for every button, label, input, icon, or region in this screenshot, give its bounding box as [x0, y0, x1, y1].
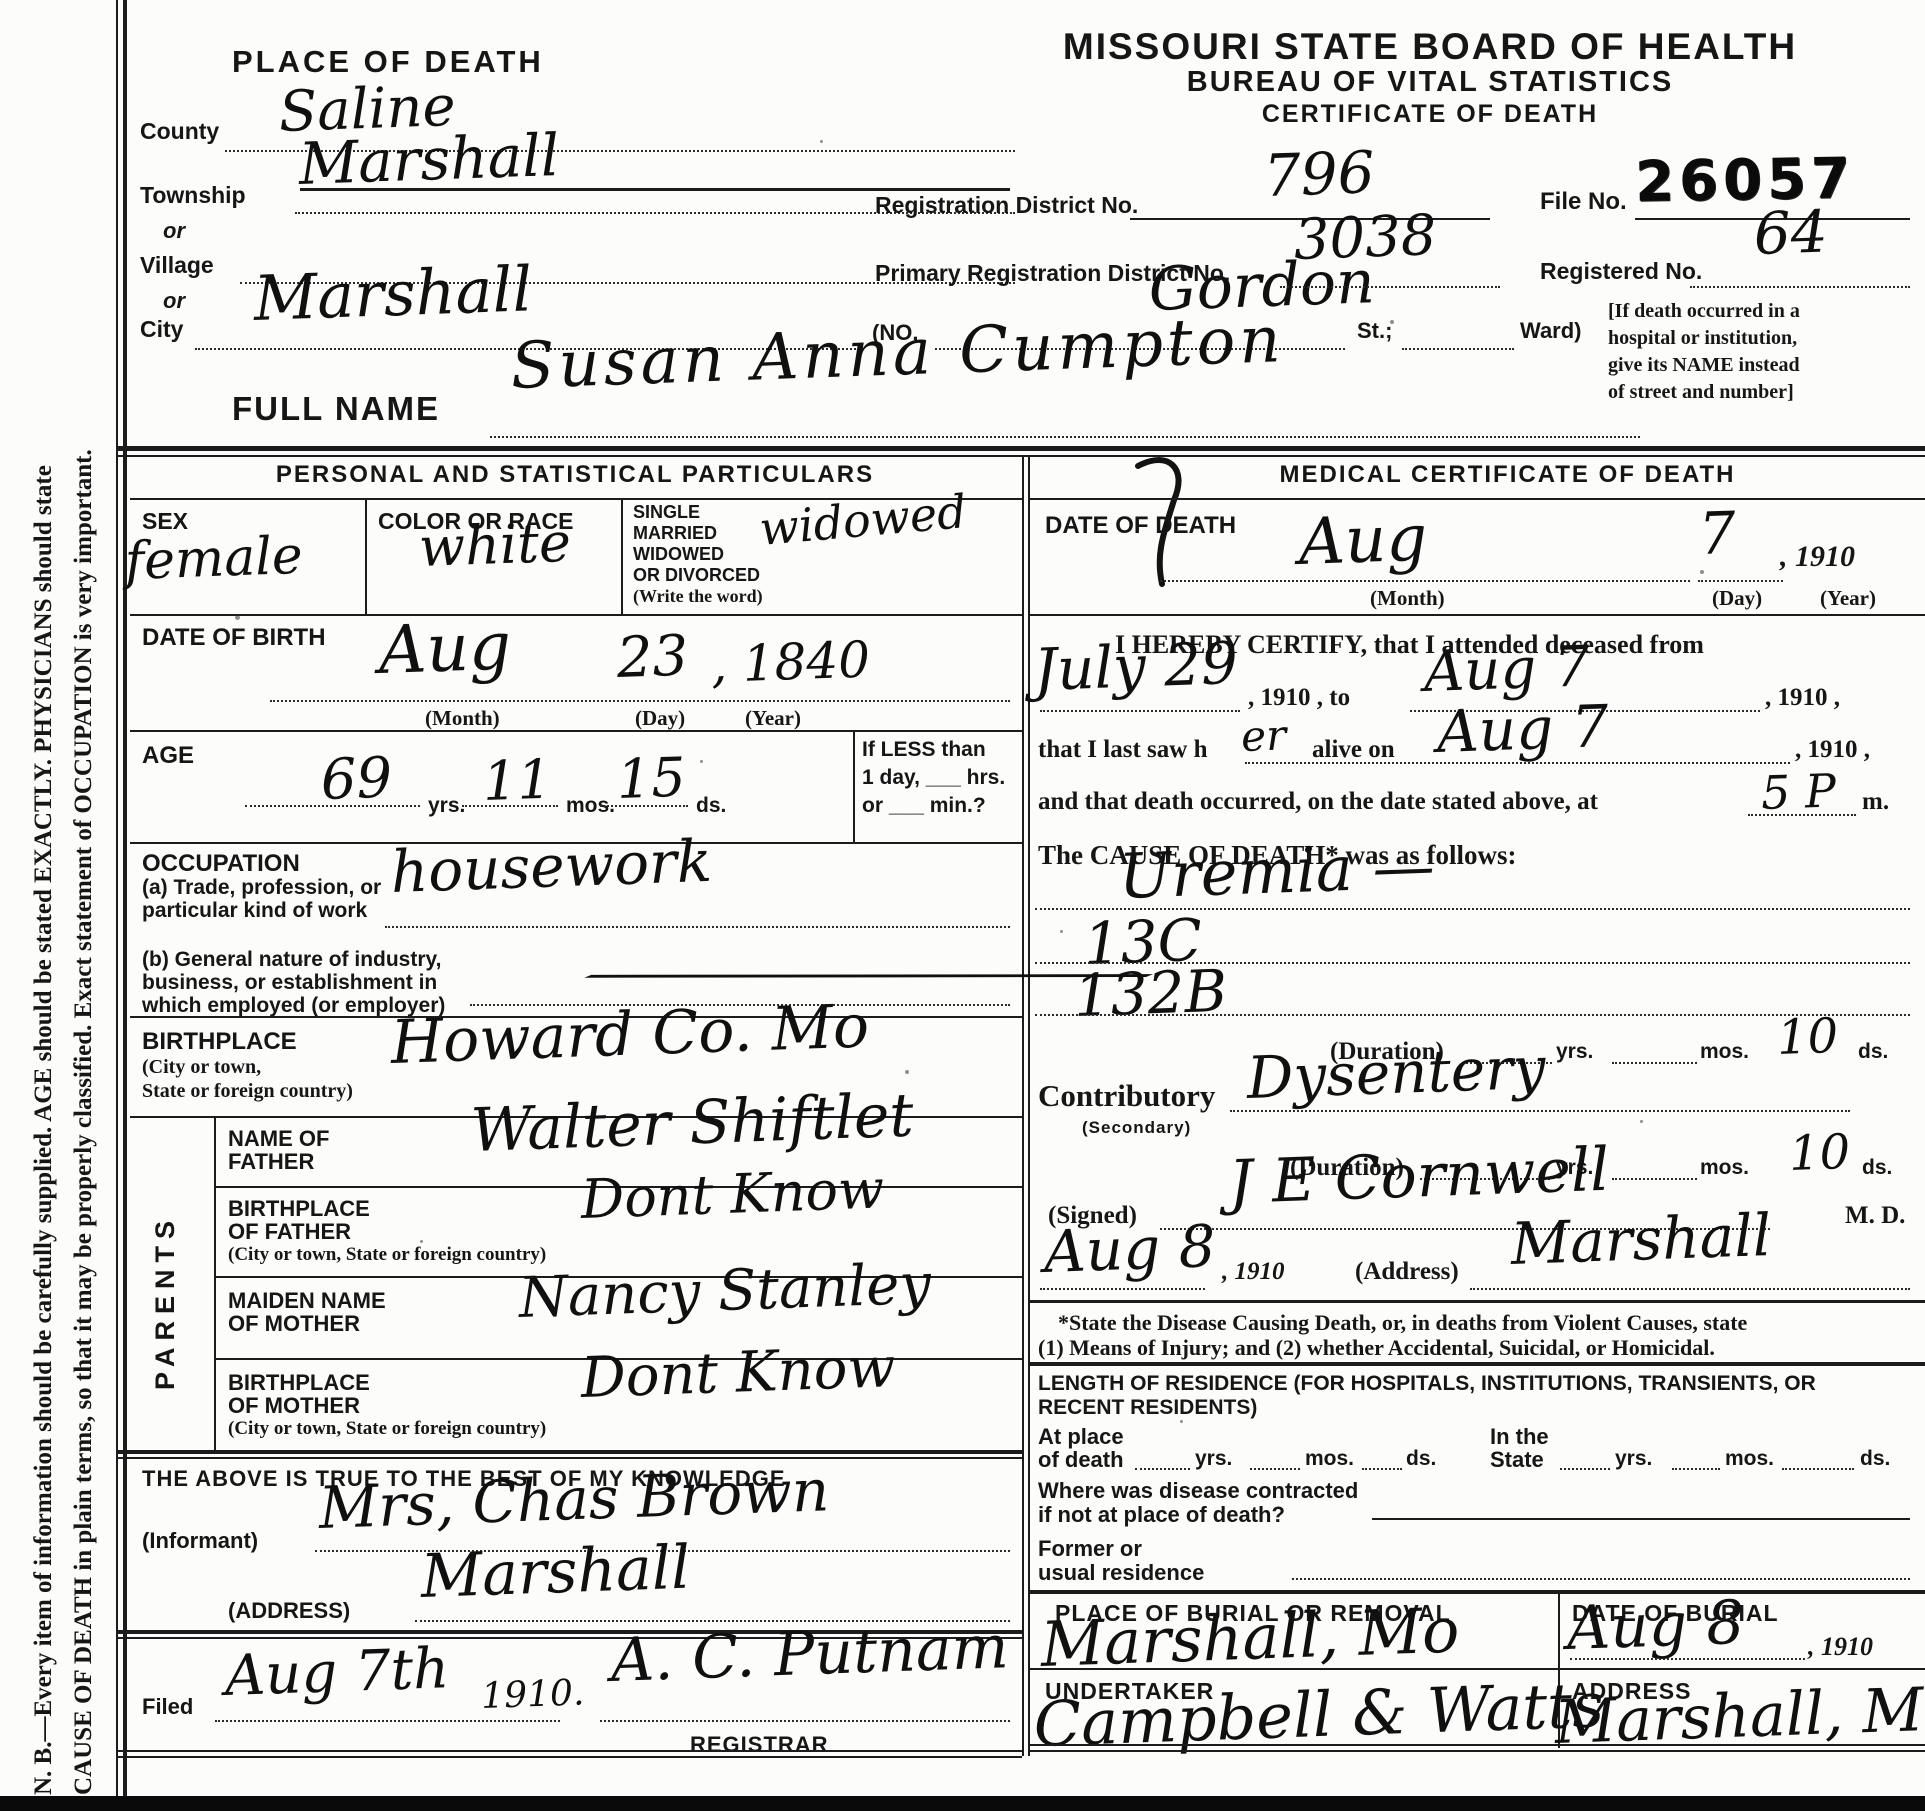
residence-section-rule [1030, 1590, 1925, 1594]
duration-1-mos-label: mos. [1700, 1040, 1749, 1064]
contributory-value: Dysentery [1246, 1034, 1547, 1112]
contracted-label-1: Where was disease contracted [1038, 1478, 1358, 1504]
father-birthplace-value: Dont Know [580, 1157, 885, 1231]
burial-date-year: , 1910 [1808, 1632, 1873, 1662]
scan-speck [1390, 320, 1394, 324]
board-title: MISSOURI STATE BOARD OF HEALTH [955, 26, 1905, 68]
registered-no-value: 64 [1753, 197, 1829, 268]
undertaker-row-rule-1 [1030, 1744, 1925, 1746]
sex-race-divider [365, 498, 367, 614]
marital-label-line-3: WIDOWED [633, 544, 763, 565]
marital-label: SINGLE MARRIED WIDOWED OR DIVORCED (Writ… [633, 502, 763, 607]
in-state-mos-blank [1672, 1468, 1720, 1470]
saw-date-line [1245, 762, 1790, 764]
ward-label: Ward) [1520, 318, 1582, 344]
birthplace-label: BIRTHPLACE [142, 1028, 297, 1056]
sex-value: female [124, 526, 304, 592]
signed-date-value: Aug 8 [1043, 1212, 1217, 1286]
less-than-box-border [853, 730, 855, 842]
signed-row-rule [1030, 1300, 1925, 1303]
filed-blank-line [215, 1720, 560, 1722]
physician-signature: J E Cornwell [1228, 1135, 1611, 1218]
dob-month-caption: (Month) [425, 706, 500, 731]
township-value: Marshall [298, 121, 561, 198]
duration-2-ds-label: ds. [1862, 1156, 1892, 1180]
age-yrs-blank [245, 805, 420, 807]
death-year-caption: (Year) [1820, 586, 1876, 611]
medical-title-rule [1030, 498, 1925, 500]
footnote-rule [1030, 1362, 1925, 1366]
age-ds-blank [600, 805, 688, 807]
death-year-value: , 1910 [1780, 540, 1855, 574]
ward-blank-line [1402, 348, 1514, 350]
left-border-outer [116, 0, 118, 1811]
death-day-value: 7 [1698, 499, 1737, 568]
at-place-yrs-blank [1135, 1468, 1190, 1470]
primary-registration-value: 3038 [1293, 203, 1438, 273]
certificate-title: CERTIFICATE OF DEATH [955, 100, 1905, 129]
in-state-yrs-blank [1560, 1468, 1610, 1470]
less-than-line-3: or ___ min.? [862, 792, 1005, 820]
marital-label-line-2: MARRIED [633, 523, 763, 544]
in-state-ds-blank [1782, 1468, 1854, 1470]
st-label: St.; [1357, 318, 1392, 344]
dob-blank-line [270, 700, 1010, 702]
death-month-value: Aug [1297, 502, 1428, 580]
age-label: AGE [142, 742, 194, 770]
scan-speck [540, 470, 543, 473]
registration-district-label: Registration District No. [875, 192, 1138, 219]
age-months-value: 11 [482, 748, 553, 813]
less-than-note: If LESS than 1 day, ___ hrs. or ___ min.… [862, 736, 1005, 820]
mother-birthplace-sub: (City or town, State or foreign country) [228, 1418, 546, 1440]
signed-date-line [1040, 1288, 1205, 1290]
md-label: M. D. [1845, 1202, 1905, 1230]
certify-to-suffix: , 1910 , [1765, 684, 1840, 712]
duration-1-ds-label: ds. [1858, 1040, 1888, 1064]
father-name-value: Walter Shiftlet [470, 1081, 915, 1166]
death-time-suffix: m. [1862, 788, 1889, 816]
death-date-row-rule [1030, 614, 1925, 616]
duration-2-mos-blank [1612, 1178, 1697, 1180]
cause-line-1-value: Uremia — [1117, 829, 1435, 913]
father-birthplace-sub: (City or town, State or foreign country) [228, 1244, 546, 1266]
dob-year-caption: (Year) [745, 706, 801, 731]
saw-prefix: that I last saw h [1038, 736, 1207, 764]
secondary-label: (Secondary) [1082, 1118, 1191, 1138]
death-time-value: 5 P [1760, 763, 1837, 820]
registrar-signature-line [600, 1720, 1010, 1722]
death-day-caption: (Day) [1712, 586, 1762, 611]
certify-from-value: July 29 [1033, 629, 1239, 704]
contributory-line [1230, 1110, 1850, 1112]
parents-label: PARENTS [150, 1214, 181, 1390]
saw-date-value: Aug 7 [1436, 692, 1610, 766]
dob-row-rule [130, 730, 1022, 732]
date-of-death-label: DATE OF DEATH [1045, 512, 1236, 540]
duration-1-days-value: 10 [1776, 1008, 1839, 1066]
mother-birthplace-label-2: OF MOTHER [228, 1393, 360, 1419]
mother-name-label-2: OF MOTHER [228, 1311, 360, 1337]
undertaker-row-rule-2 [1030, 1750, 1925, 1752]
marital-label-line-5: (Write the word) [633, 586, 763, 607]
burial-date-line [1570, 1658, 1805, 1660]
hospital-note: [If death occurred in a hospital or inst… [1608, 298, 1908, 406]
hospital-note-line-2: hospital or institution, [1608, 325, 1908, 352]
place-of-death-heading: PLACE OF DEATH [232, 44, 544, 80]
county-label: County [140, 118, 219, 145]
race-marital-divider [621, 498, 623, 614]
contributory-label: Contributory [1038, 1078, 1215, 1114]
bureau-title: BUREAU OF VITAL STATISTICS [955, 66, 1905, 99]
age-yrs-label: yrs. [428, 794, 465, 818]
header-divider-heavy [116, 446, 1925, 451]
full-name-label: FULL NAME [232, 390, 440, 428]
left-border-inner [123, 0, 127, 1811]
former-residence-blank-line [1292, 1578, 1910, 1580]
parents-block-rule-heavy [116, 1450, 1022, 1454]
burial-row-rule [1030, 1668, 1925, 1670]
occupation-b-label-2: business, or establishment in [142, 971, 437, 995]
at-place-ds-label: ds. [1406, 1447, 1436, 1471]
saw-suffix: , 1910 , [1795, 736, 1870, 764]
marital-label-line-4: OR DIVORCED [633, 565, 763, 586]
occupation-a-label-1: (a) Trade, profession, or [142, 876, 381, 900]
dob-year-value: , 1840 [710, 630, 871, 694]
registrar-signature: A. C. Putnam [610, 1612, 1010, 1696]
marital-value: widowed [757, 484, 968, 556]
column-divider-inner [1028, 455, 1030, 1756]
at-place-yrs-label: yrs. [1195, 1447, 1232, 1471]
village-label: Village [140, 252, 214, 279]
filed-row-rule-2 [116, 1756, 1022, 1758]
primary-registration-label: Primary Registration District No. [875, 260, 1230, 287]
marital-label-line-1: SINGLE [633, 502, 763, 523]
mother-name-value: Nancy Stanley [518, 1252, 932, 1331]
scan-speck [700, 760, 703, 763]
registered-no-label: Registered No. [1540, 258, 1702, 285]
occupation-a-value: housework [390, 827, 713, 906]
signed-year-value: , 1910 [1222, 1258, 1285, 1286]
margin-line-1: N. B.—Every item of information should b… [24, 15, 64, 1795]
duration-2-days-value: 10 [1788, 1124, 1851, 1182]
scan-speck [300, 960, 303, 963]
at-place-label-2: of death [1038, 1447, 1124, 1473]
scan-speck [235, 615, 240, 620]
scan-speck [1700, 570, 1704, 574]
in-state-label-2: State [1490, 1447, 1544, 1473]
father-birthplace-label-2: OF FATHER [228, 1219, 351, 1245]
filed-year-value: 1910. [481, 1672, 585, 1717]
former-residence-label-1: Former or [1038, 1536, 1142, 1562]
scan-speck [1180, 1420, 1183, 1423]
saw-er-value: er [1240, 710, 1287, 761]
township-strikethrough [300, 188, 1010, 191]
scan-speck [820, 140, 823, 143]
or-label-1: or [163, 218, 185, 244]
hospital-note-line-3: give its NAME instead [1608, 352, 1908, 379]
informant-address-value: Marshall [420, 1533, 692, 1612]
saw-mid: alive on [1312, 736, 1395, 764]
age-mos-blank [462, 805, 558, 807]
city-value: Marshall [252, 252, 533, 335]
scan-speck [1060, 930, 1063, 933]
duration-1-yrs-label: yrs. [1556, 1040, 1593, 1064]
cause-line-3-value: 132B [1073, 957, 1229, 1030]
death-occurred-prefix: and that death occurred, on the date sta… [1038, 788, 1598, 816]
scan-speck [905, 1070, 909, 1074]
at-place-ds-blank [1362, 1468, 1402, 1470]
registered-no-line [1690, 286, 1910, 288]
bottom-scan-bar [0, 1796, 1925, 1811]
at-place-mos-label: mos. [1305, 1447, 1354, 1471]
footnote-line-2: (1) Means of Injury; and (2) whether Acc… [1038, 1335, 1715, 1361]
filed-date-value: Aug 7th [224, 1636, 450, 1709]
duration-2-mos-label: mos. [1700, 1156, 1749, 1180]
dob-label: DATE OF BIRTH [142, 624, 326, 652]
death-time-line [1748, 814, 1856, 816]
age-days-value: 15 [616, 746, 687, 811]
hospital-note-line-1: [If death occurred in a [1608, 298, 1908, 325]
filed-label: Filed [142, 1694, 193, 1720]
informant-label: (Informant) [142, 1528, 258, 1554]
parents-strip-border [214, 1116, 216, 1452]
contracted-label-2: if not at place of death? [1038, 1502, 1285, 1528]
occupation-a-line [385, 926, 1010, 928]
or-label-2: or [163, 288, 185, 314]
race-value: white [418, 511, 572, 579]
registrar-label: REGISTRAR [690, 1732, 829, 1758]
occupation-label: OCCUPATION [142, 850, 300, 878]
burial-date-value: Aug 8 [1566, 1588, 1746, 1664]
scan-speck [1640, 1120, 1643, 1123]
column-divider-outer [1022, 455, 1024, 1756]
dob-month-value: Aug [377, 607, 512, 689]
death-certificate-document: N. B.—Every item of information should b… [0, 0, 1925, 1811]
medical-section-title: MEDICAL CERTIFICATE OF DEATH [1090, 461, 1925, 489]
less-than-line-2: 1 day, ___ hrs. [862, 764, 1005, 792]
township-label: Township [140, 182, 246, 209]
occupation-b-label-1: (b) General nature of industry, [142, 948, 441, 972]
primary-registration-line [1280, 286, 1500, 288]
birthplace-sub-2: State or foreign country) [142, 1080, 353, 1103]
filed-row-rule-1 [116, 1750, 1022, 1752]
less-than-line-1: If LESS than [862, 736, 1005, 764]
certify-from-line [1040, 710, 1240, 712]
footnote-line-1: *State the Disease Causing Death, or, in… [1058, 1310, 1747, 1336]
informant-address-label: (ADDRESS) [228, 1598, 350, 1624]
parents-block-rule-thin [116, 1457, 1022, 1459]
personal-section-title: PERSONAL AND STATISTICAL PARTICULARS [130, 461, 1020, 489]
death-month-caption: (Month) [1370, 586, 1445, 611]
registration-district-value: 796 [1263, 138, 1376, 210]
header-divider-thin [116, 455, 1925, 457]
city-label: City [140, 316, 183, 343]
dob-day-caption: (Day) [635, 706, 685, 731]
margin-line-2: CAUSE OF DEATH in plain terms, so that i… [64, 15, 104, 1795]
file-no-label: File No. [1540, 188, 1627, 216]
death-day-line [1698, 580, 1783, 582]
sex-row-rule [130, 614, 1022, 616]
in-state-ds-label: ds. [1860, 1447, 1890, 1471]
occupation-a-label-2: particular kind of work [142, 899, 367, 923]
signed-address-line [1470, 1288, 1910, 1290]
at-place-mos-blank [1250, 1468, 1300, 1470]
margin-instructions: N. B.—Every item of information should b… [24, 15, 104, 1795]
father-name-label-2: FATHER [228, 1149, 314, 1175]
age-years-value: 69 [320, 746, 393, 813]
age-ds-label: ds. [696, 794, 726, 818]
hospital-note-line-4: of street and number] [1608, 379, 1908, 406]
in-state-mos-label: mos. [1725, 1447, 1774, 1471]
death-month-line [1160, 580, 1690, 582]
former-residence-label-2: usual residence [1038, 1560, 1204, 1586]
duration-1-mos-blank [1612, 1062, 1697, 1064]
dob-day-value: 23 [616, 624, 689, 691]
mother-birthplace-value: Dont Know [580, 1335, 897, 1411]
certify-from-suffix: , 1910 , to [1248, 684, 1350, 712]
signed-address-value: Marshall [1510, 1201, 1773, 1278]
contracted-blank-line [1372, 1518, 1910, 1520]
scan-speck [420, 1240, 423, 1243]
signed-address-label: (Address) [1355, 1258, 1459, 1286]
residence-heading-2: RECENT RESIDENTS) [1038, 1396, 1257, 1420]
full-name-line [490, 436, 1640, 438]
full-name-value: Susan Anna Cumpton [509, 303, 1285, 404]
birthplace-value: Howard Co. Mo [390, 991, 871, 1078]
in-state-yrs-label: yrs. [1615, 1447, 1652, 1471]
birthplace-sub-1: (City or town, [142, 1056, 261, 1079]
residence-heading-1: LENGTH OF RESIDENCE (FOR HOSPITALS, INST… [1038, 1372, 1816, 1396]
